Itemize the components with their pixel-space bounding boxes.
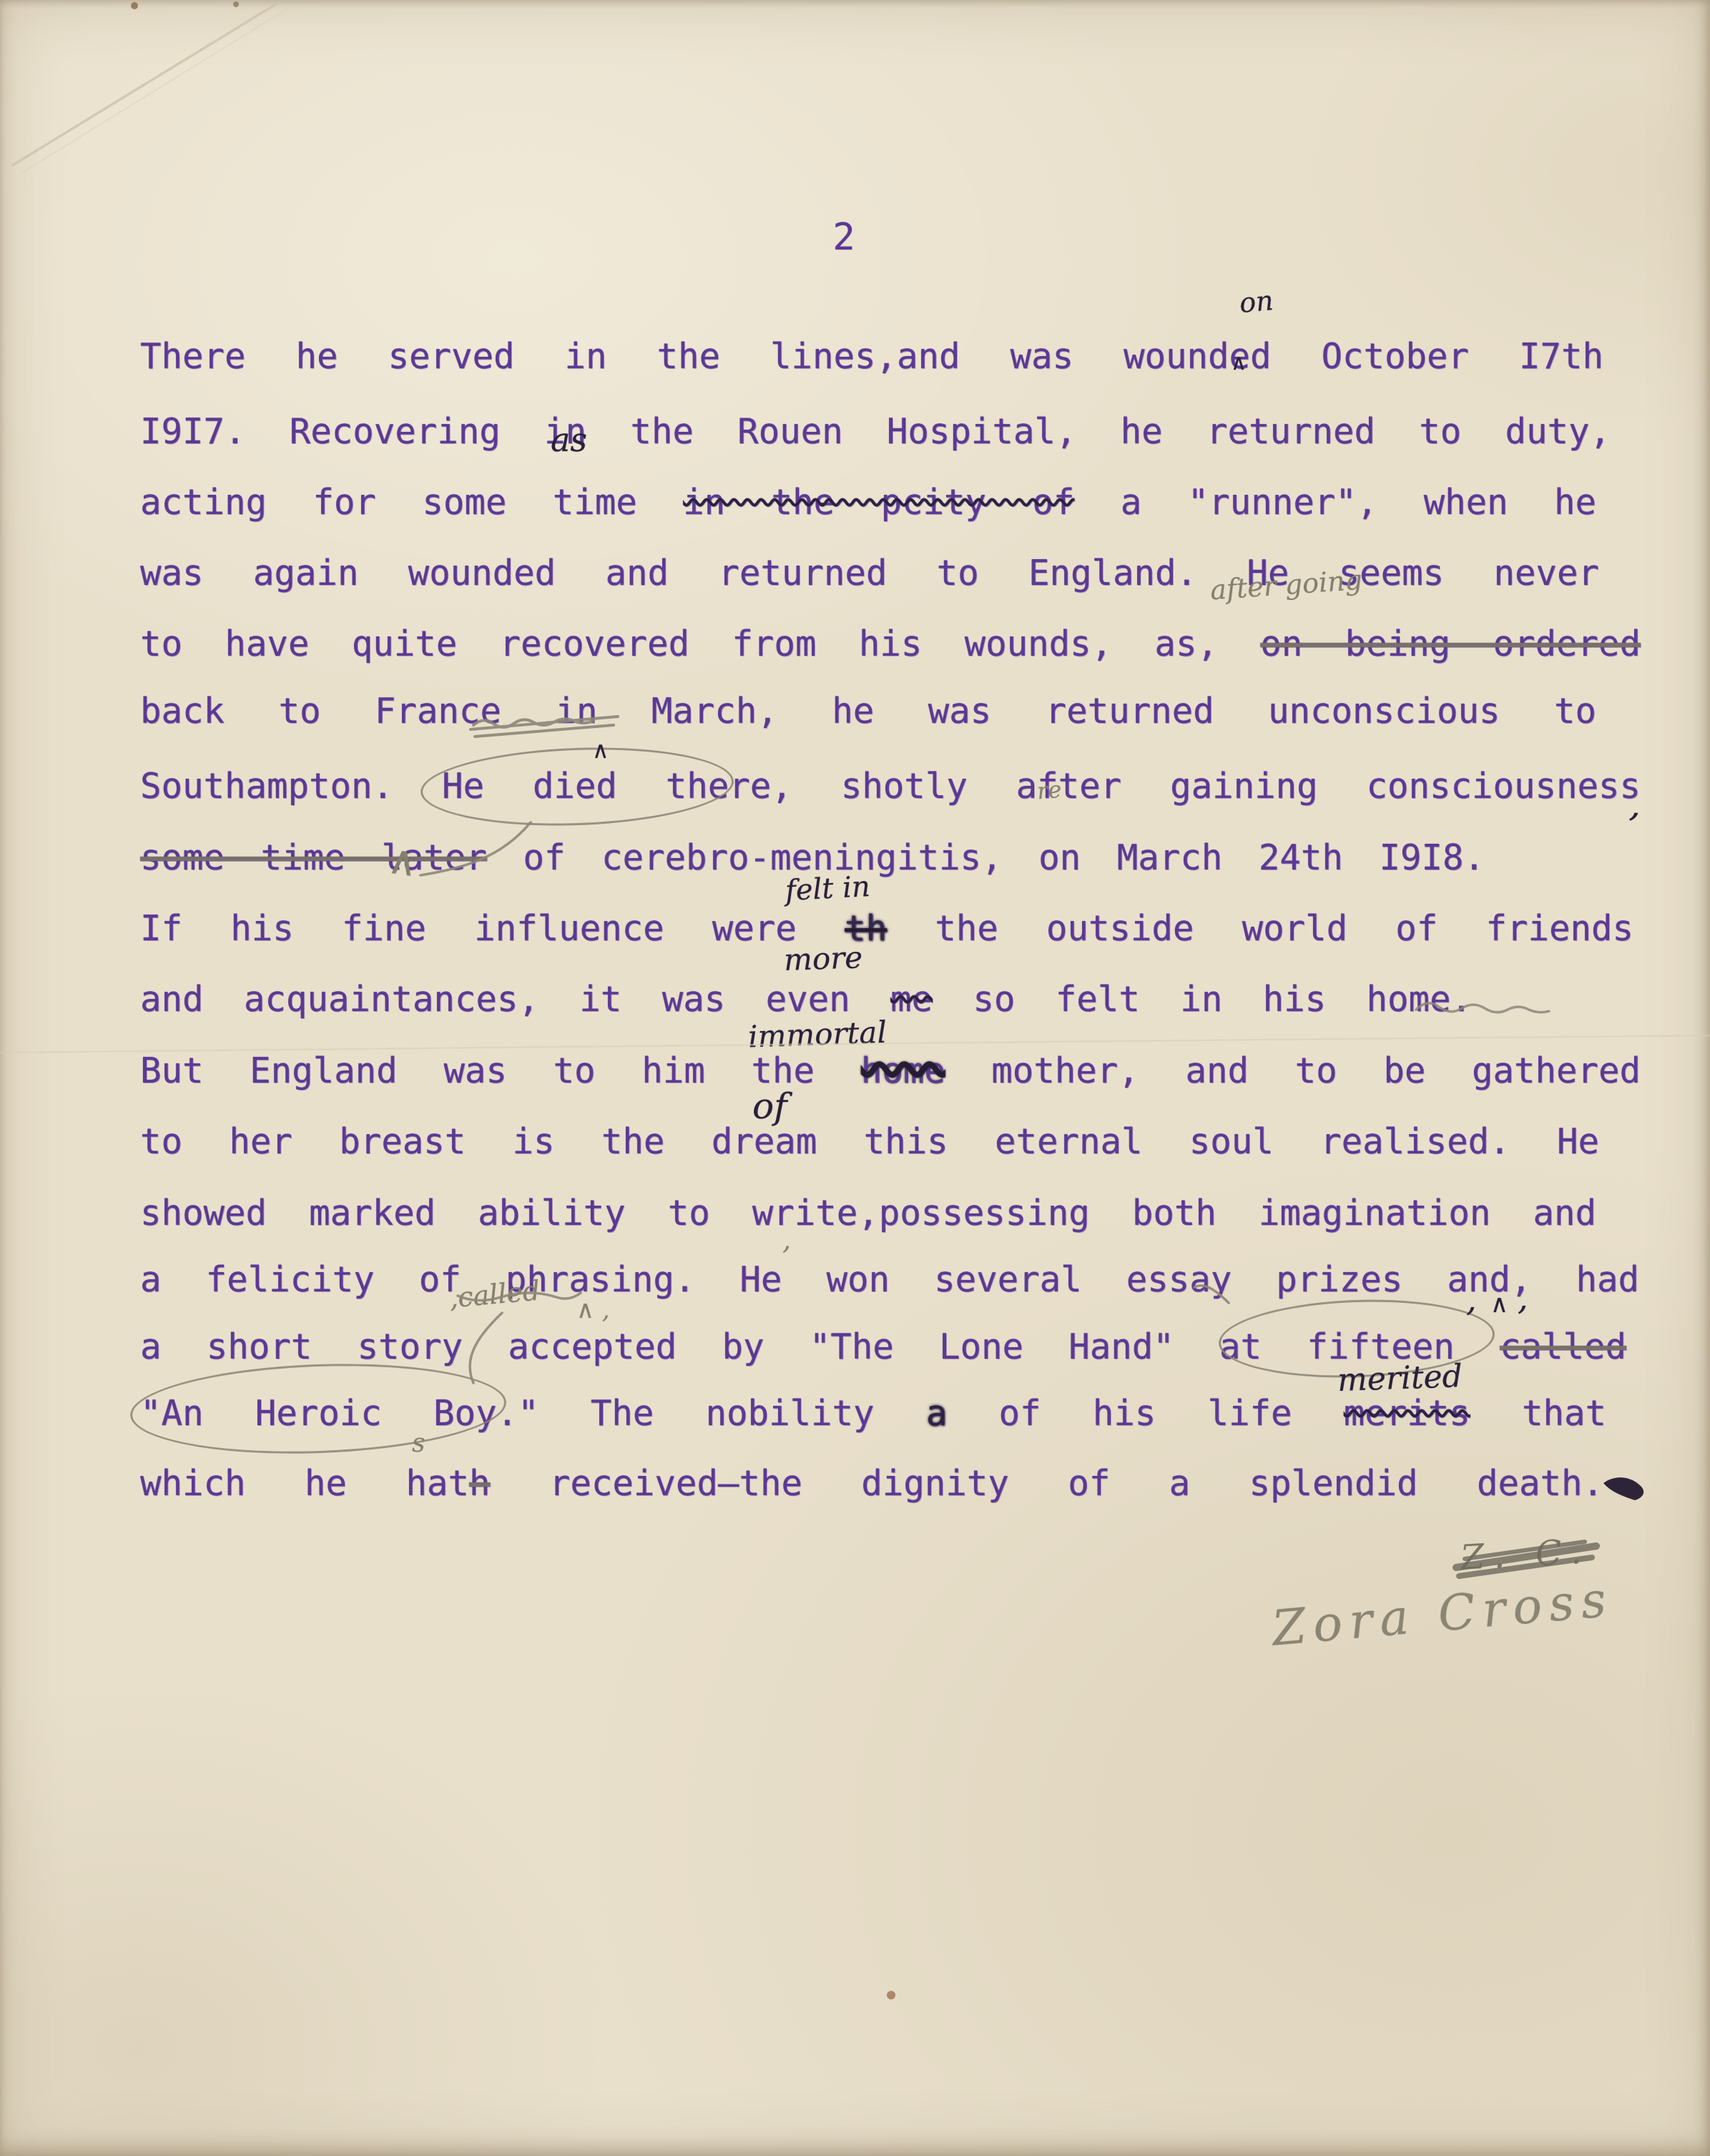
typed-text-strike-ink: merits xyxy=(1344,1393,1470,1434)
typed-line: There he served in the lines,and was wou… xyxy=(140,338,1603,376)
typed-text: which he hat xyxy=(140,1463,469,1504)
typed-text-strike-ink: in the pcity of xyxy=(683,482,1074,523)
signature: Zora Cross xyxy=(1269,1571,1615,1657)
paper-stain xyxy=(233,1,239,7)
typed-line: back to France in March, he was returned… xyxy=(140,693,1596,731)
handwritten-insertion-ink: felt in xyxy=(785,870,871,907)
typed-text: I9I7. Recovering in the Rouen Hospital, … xyxy=(140,411,1611,452)
typed-text: If his fine influence were xyxy=(140,908,845,949)
handwritten-caret-pencil: ∧ , xyxy=(576,1296,610,1324)
typed-text-scribble: home xyxy=(861,1050,945,1091)
typed-line: I9I7. Recovering in the Rouen Hospital, … xyxy=(140,413,1611,451)
typed-text-strike-pencil: on being ordered xyxy=(1260,624,1641,664)
handwritten-insertion-ink: on xyxy=(1238,285,1274,319)
typed-text: of cerebro-meningitis, on March 24th I9I… xyxy=(487,837,1485,878)
typed-text: showed marked ability to write,possessin… xyxy=(140,1193,1596,1234)
typed-text: back to France in March, he was returned… xyxy=(140,691,1596,732)
typed-line: a felicity of phrasing. He won several e… xyxy=(140,1261,1639,1299)
typed-text: mother, and to be gathered xyxy=(945,1050,1641,1091)
handwritten-caret-ink: ∧ xyxy=(592,737,609,764)
typed-line: If his fine influence were th the outsid… xyxy=(140,910,1633,948)
typed-text: , shotly after gaining consciousness xyxy=(771,766,1641,807)
typed-line: and acquaintances, it was even me so fel… xyxy=(140,981,1472,1019)
typed-line: But England was to him the home mother, … xyxy=(140,1053,1641,1091)
typed-line: showed marked ability to write,possessin… xyxy=(140,1195,1596,1233)
typed-line: which he hath received—the dignity of a … xyxy=(140,1465,1603,1503)
typed-line: was again wounded and returned to Englan… xyxy=(140,555,1599,593)
handwritten-caret-pencil: ∧ xyxy=(385,836,421,886)
fold-crease-shadow xyxy=(21,9,288,173)
handwritten-insertion-pencil: re xyxy=(1036,776,1062,805)
typed-line: to her breast is the dream this eternal … xyxy=(140,1123,1599,1161)
struck-initials: Z. C. xyxy=(1460,1531,1593,1578)
pencil-circle xyxy=(419,742,735,830)
typed-text: that xyxy=(1470,1393,1606,1434)
handwritten-insertion-ink: , xyxy=(1518,1279,1528,1317)
typed-text: received—the dignity of a splendid death… xyxy=(490,1463,1603,1504)
typed-text: to have quite recovered from his wounds,… xyxy=(140,624,1260,664)
page-number: 2 xyxy=(772,216,915,259)
handwritten-caret-ink: ∧ xyxy=(1490,1290,1508,1319)
paper-stain xyxy=(887,1991,895,1999)
typed-text-strike-ink: me xyxy=(890,979,933,1020)
typed-text: Southampton. xyxy=(140,766,442,807)
typed-text-strike-pencil: some time later xyxy=(140,837,487,878)
pencil-circle xyxy=(129,1358,508,1460)
typed-text: and acquaintances, it was even xyxy=(140,979,890,1020)
handwritten-insertion-ink: , xyxy=(1466,1280,1477,1319)
typed-text: ." The nobility xyxy=(497,1393,926,1434)
handwritten-insertion-ink: as xyxy=(551,420,587,459)
fold-crease xyxy=(11,1,280,166)
typed-text: acting for some time xyxy=(140,482,683,523)
typed-text: a "runner", when he xyxy=(1074,482,1596,523)
handwritten-insertion-pencil: s xyxy=(412,1429,425,1458)
paper-stain xyxy=(131,2,138,9)
typed-text-blot: a xyxy=(926,1393,948,1434)
typed-text-strike-pencil: h xyxy=(469,1463,491,1504)
typed-line: some time later of cerebro-meningitis, o… xyxy=(140,840,1485,877)
handwritten-insertion-ink: immortal xyxy=(747,1015,887,1055)
typed-text: of his life xyxy=(947,1393,1343,1434)
ink-end-mark xyxy=(1603,1477,1643,1500)
typed-text: so felt in his home. xyxy=(933,979,1472,1020)
typed-text-strike-pencil: called xyxy=(1500,1326,1626,1367)
typed-text: the outside world of friends xyxy=(887,908,1633,949)
typed-text: a felicity of phrasing. He won several e… xyxy=(140,1259,1639,1300)
handwritten-caret-ink: ∧ xyxy=(1231,350,1247,375)
typed-line: to have quite recovered from his wounds,… xyxy=(140,626,1641,664)
typed-text: a short story accepted by "The Lone Hand… xyxy=(140,1326,1219,1367)
typed-text: There he served in the lines,and was wou… xyxy=(140,336,1603,377)
handwritten-insertion-ink: of xyxy=(752,1086,787,1127)
typed-line: Southampton. He died there, shotly after… xyxy=(140,768,1641,806)
typed-text: was again wounded and returned to Englan… xyxy=(140,553,1599,594)
handwritten-insertion-ink: more xyxy=(783,940,863,978)
scanned-typescript-page: 2 There he served in the lines,and was w… xyxy=(0,0,1710,2156)
typed-line: acting for some time in the pcity of a "… xyxy=(140,484,1596,522)
typed-text: to her breast is the dream this eternal … xyxy=(140,1121,1599,1162)
handwritten-insertion-ink: merited xyxy=(1337,1358,1463,1399)
handwritten-insertion-pencil: , xyxy=(782,1224,791,1256)
